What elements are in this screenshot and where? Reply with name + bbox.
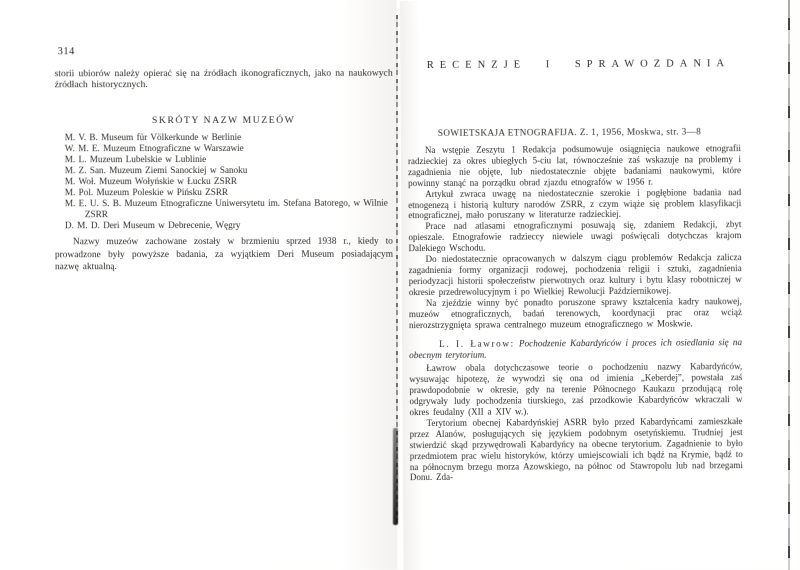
museum-item: M. Pol. Muzeum Poleskie w Pińsku ZSRR — [65, 186, 393, 198]
review-paragraph: Do niedostatecznie opracowanych w dalszy… — [409, 252, 742, 298]
intro-paragraph: storii ubiorów należy opierać się na źró… — [55, 68, 393, 91]
museums-heading: SKRÓTY NAZW MUZEÓW — [55, 114, 393, 126]
museum-item: M. Z. San. Muzeum Ziemi Sanockiej w Sano… — [65, 164, 393, 176]
museum-item: M. E. U. S. B. Muzeum Etnograficzne Uniw… — [65, 197, 393, 220]
museums-note-paragraph: Nazwy muzeów zachowane zostały w brzmien… — [55, 235, 393, 274]
review2-heading: L. I. Ławrow: Pochodzenie Kabardyńców i … — [409, 338, 742, 362]
review-paragraph: Artykuł zwraca uwagę na niedostatecznie … — [408, 187, 741, 222]
review-paragraph: Na wstępie Zeszytu 1 Redakcja podsumowuj… — [408, 143, 741, 189]
museum-item: M. L. Muzeum Lubelskie w Lublinie — [65, 153, 393, 165]
gutter-ink-blot — [393, 428, 398, 525]
scanned-journal-spread: 314 storii ubiorów należy opierać się na… — [0, 0, 800, 570]
right-page-column: SOWIETSKAJA ETNOGRAFIJA. Z. 1, 1956, Mos… — [408, 126, 743, 483]
review-paragraph: Prace nad atlasami etnograficznymi posuw… — [408, 219, 741, 254]
museum-item: M. Woł. Muzeum Wołyńskie w Łucku ZSRR — [65, 175, 393, 187]
right-page: RECENZJE I SPRAWOZDANIA SOWIETSKAJA ETNO… — [400, 0, 795, 570]
review-title: SOWIETSKAJA ETNOGRAFIJA. Z. 1, 1956, Mos… — [408, 126, 741, 138]
section-running-head: RECENZJE I SPRAWOZDANIA — [408, 58, 748, 71]
review-paragraph: Na zjeździe winny być ponadto poruszone … — [409, 296, 742, 331]
page-edge-line — [788, 0, 790, 570]
left-page: 314 storii ubiorów należy opierać się na… — [0, 0, 397, 570]
museum-abbreviation-list: M. V. B. Museum für Völkerkunde w Berlin… — [55, 131, 393, 231]
museum-item: M. V. B. Museum für Völkerkunde w Berlin… — [65, 131, 393, 143]
review2-author: L. I. Ławrow: — [439, 339, 515, 349]
page-number: 314 — [58, 46, 75, 57]
left-page-column: storii ubiorów należy opierać się na źró… — [55, 68, 393, 275]
museum-item: W. M. E. Muzeum Etnograficzne w Warszawi… — [65, 142, 393, 154]
review-paragraph: Terytorium obecnej Kabardyńskiej ASRR by… — [410, 416, 743, 483]
review-paragraph: Ławrow obala dotychczasowe teorie o poch… — [409, 362, 742, 419]
museum-item: D. M. D. Deri Museum w Debrecenie, Węgry — [65, 219, 393, 231]
